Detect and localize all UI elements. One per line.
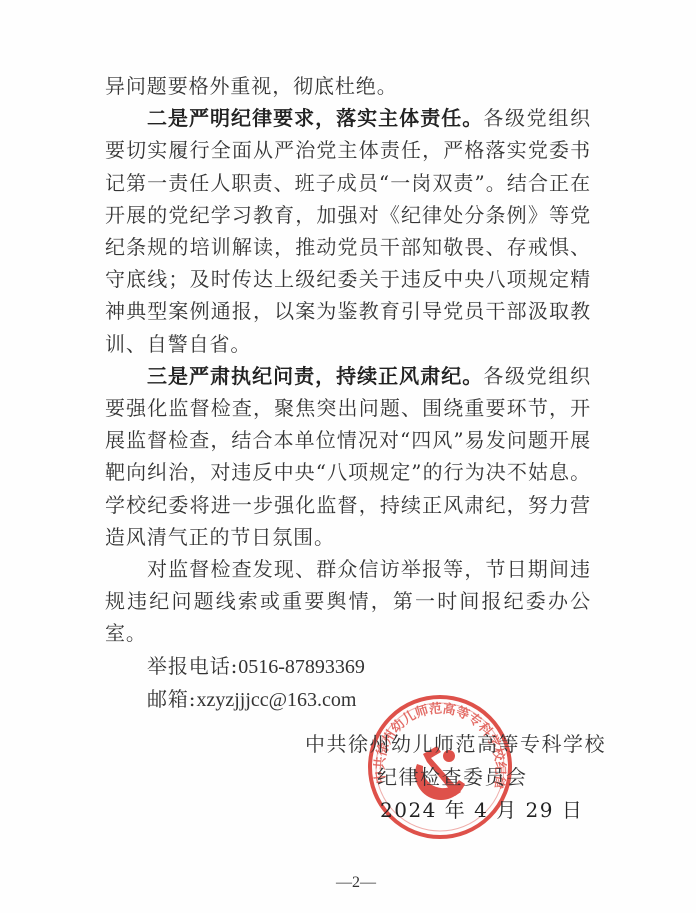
point-three-heading: 三是严肃执纪问责，持续正风肃纪。 <box>147 364 483 388</box>
signature-department: 纪律检查委员会 <box>377 761 528 790</box>
point-three-text: 各级党组织要强化监督检查，聚焦突出问题、围绕重要环节，开展监督检查，结合本单位情… <box>105 364 591 549</box>
signature-date: 2024 年 4 月 29 日 <box>380 794 583 823</box>
contact-email: 邮箱:xzyzjjjcc@163.com <box>105 683 591 716</box>
email-label: 邮箱: <box>147 687 196 711</box>
point-two-heading: 二是严明纪律要求，落实主体责任。 <box>147 106 483 130</box>
phone-label: 举报电话: <box>147 654 238 678</box>
signature-organization: 中共徐州幼儿师范高等专科学校 <box>305 728 606 757</box>
email-address: xzyzjjjcc@163.com <box>196 689 356 711</box>
paragraph-point-three: 三是严肃执纪问责，持续正风肃纪。各级党组织要强化监督检查，聚焦突出问题、围绕重要… <box>105 360 591 553</box>
phone-number: 0516-87893369 <box>238 656 365 678</box>
body-text: 异问题要格外重视，彻底杜绝。 二是严明纪律要求，落实主体责任。各级党组织要切实履… <box>105 70 591 716</box>
point-two-text: 各级党组织要切实履行全面从严治党主体责任，严格落实党委书记第一责任人职责、班子成… <box>105 106 591 355</box>
page-number: —2— <box>336 874 376 892</box>
paragraph-point-two: 二是严明纪律要求，落实主体责任。各级党组织要切实履行全面从严治党主体责任，严格落… <box>105 102 591 360</box>
paragraph-reporting: 对监督检查发现、群众信访举报等，节日期间违规违纪问题线索或重要舆情，第一时间报纪… <box>105 553 591 650</box>
document-page: 异问题要格外重视，彻底杜绝。 二是严明纪律要求，落实主体责任。各级党组织要切实履… <box>0 0 696 913</box>
contact-phone: 举报电话:0516-87893369 <box>105 650 591 683</box>
paragraph-continuation: 异问题要格外重视，彻底杜绝。 <box>105 70 591 102</box>
